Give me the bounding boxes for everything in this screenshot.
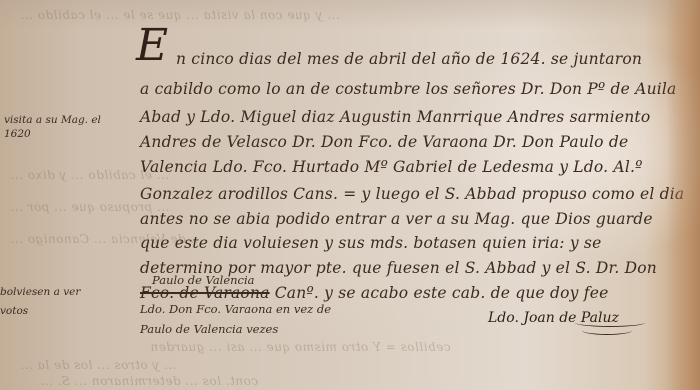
margin-note: votos xyxy=(0,305,28,317)
body-line: Abad y Ldo. Miguel diaz Augustin Manrriq… xyxy=(140,108,650,126)
margin-note: visita a su Mag. el xyxy=(4,114,101,126)
bleed-through-line: ... y otros ... los de la ... xyxy=(20,358,176,372)
body-line-final-rest: Canº. y se acabo este cab. de que doy fe… xyxy=(275,284,609,302)
body-line: que este dia voluiesen y sus mds. botase… xyxy=(140,234,601,252)
bleed-through-line: cont. los ... determinaron ... S. ... xyxy=(40,374,258,388)
body-line: antes no se abia podido entrar a ver a s… xyxy=(140,210,653,228)
body-line: Andres de Velasco Dr. Don Fco. de Varaon… xyxy=(140,133,628,151)
margin-note: bolviesen a ver xyxy=(0,286,80,298)
body-line: Gonzalez arodillos Cans. = y luego el S.… xyxy=(140,185,684,203)
struck-text: Fco. de Varaona xyxy=(140,284,270,302)
bleed-through-line: ... y que con la visita ... que se le ..… xyxy=(20,8,340,22)
body-line: a cabildo como lo an de costumbre los se… xyxy=(140,80,677,98)
manuscript-page: ... y que con la visita ... que se le ..… xyxy=(0,0,700,390)
decorated-initial: E xyxy=(136,24,168,68)
bleed-through-line: cebillos = Y otro mismo que ... asi ... … xyxy=(150,340,451,354)
signoff-line: Paulo de Valencia vezes xyxy=(140,322,278,336)
signoff-line: Ldo. Don Fco. Varaona en vez de xyxy=(140,302,331,316)
page-edge-shadow xyxy=(666,0,700,390)
rubric-flourish xyxy=(582,326,632,335)
body-line: n cinco dias del mes de abril del año de… xyxy=(176,50,642,68)
body-line-final: Fco. de Varaona Canº. y se acabo este ca… xyxy=(140,284,608,302)
margin-note: 1620 xyxy=(4,128,31,140)
body-line: Valencia Ldo. Fco. Hurtado Mº Gabriel de… xyxy=(140,158,643,176)
